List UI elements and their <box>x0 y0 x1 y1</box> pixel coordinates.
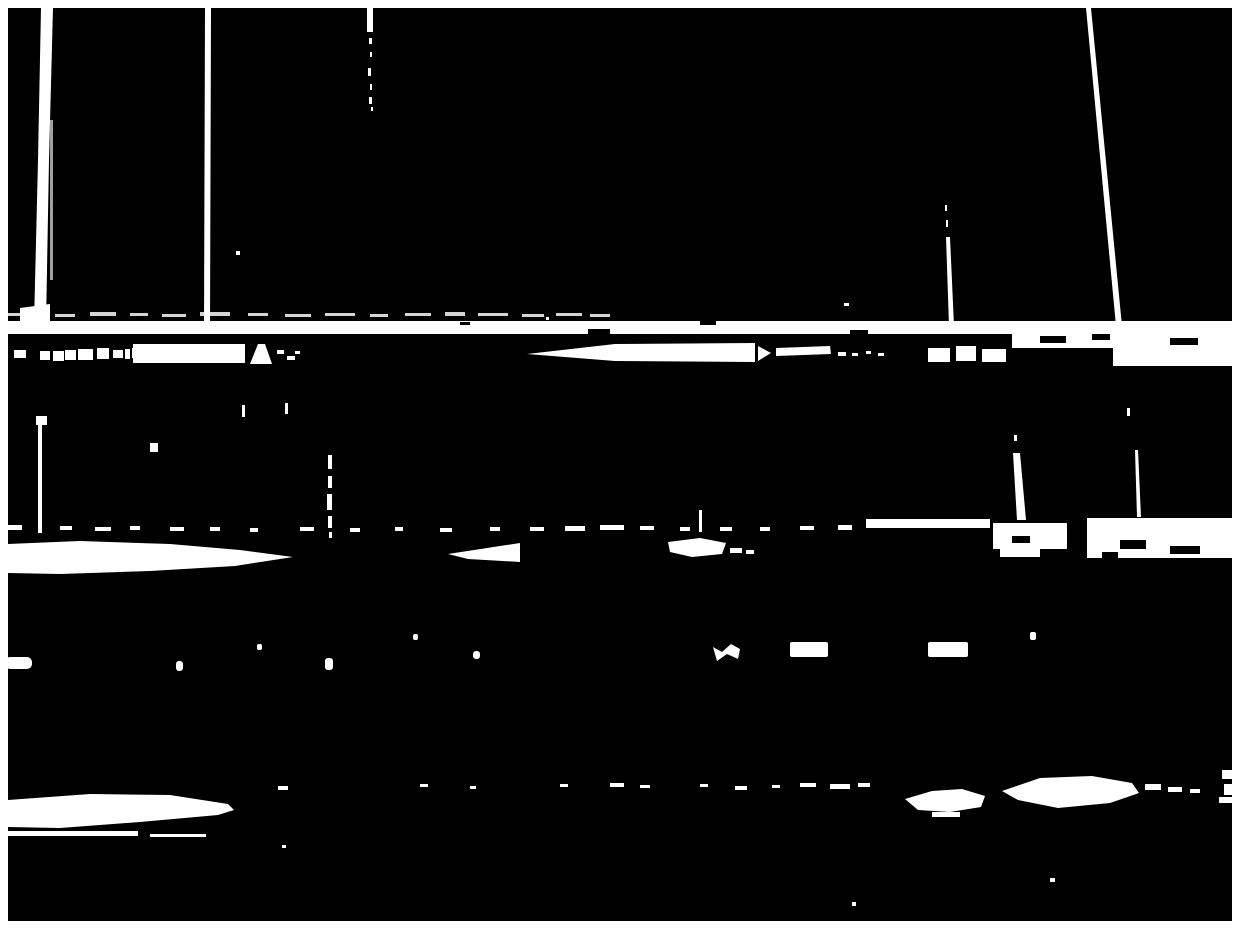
hull-speck <box>295 351 300 354</box>
hull-marking-glyph <box>78 349 93 360</box>
waterline-dash <box>8 525 22 530</box>
waterline-dash <box>395 527 403 531</box>
ripple-dash <box>278 786 288 790</box>
mast-pole-3-dot <box>369 97 372 104</box>
hull-marking-blob <box>40 351 50 360</box>
horizon-speckle-dash <box>248 313 268 316</box>
water-mark-dot <box>1030 632 1036 640</box>
waterline-hole <box>1170 546 1200 554</box>
bottom-speck <box>282 845 286 848</box>
kayak-underline <box>8 831 138 836</box>
waterline-dash <box>800 526 814 530</box>
hull-blob-cluster <box>928 348 950 362</box>
mast-pole-4-dot <box>946 220 948 227</box>
edge-speck <box>1224 784 1232 795</box>
reflection-tick <box>285 403 288 414</box>
horizon-speckle-dash <box>90 312 116 316</box>
hull-marking-glyph <box>53 351 64 361</box>
ripple-dash <box>735 786 747 790</box>
hull-marking-glyph <box>125 349 130 359</box>
mast-pole-2 <box>204 8 211 330</box>
waterline-dash <box>640 526 654 530</box>
reflection-dash <box>329 532 332 538</box>
waterline-dash <box>300 527 314 531</box>
waterline-dash <box>250 528 258 532</box>
ripple-dash <box>800 783 816 787</box>
reflection-speck <box>1127 408 1130 416</box>
edge-speck <box>1222 770 1232 779</box>
waterline-dash <box>600 525 624 530</box>
kayak-underline <box>150 834 206 837</box>
water-mark-dot <box>257 644 262 650</box>
waterline-dash <box>680 527 690 531</box>
waterline-dash <box>838 525 852 530</box>
hull-speck <box>287 356 295 360</box>
reflection-tail-speck <box>1168 787 1182 792</box>
reflection-tail-speck <box>1190 789 1200 793</box>
mast-pole-4-dot <box>945 205 947 211</box>
horizon-speckle-dash <box>478 313 508 316</box>
waterline-hole <box>1012 536 1030 543</box>
horizon-speckle-dash <box>285 314 311 317</box>
waterline-dash <box>440 528 452 532</box>
water-mark-dot <box>413 634 418 640</box>
reflection-dash <box>699 510 702 532</box>
water-mark-dot <box>176 661 183 671</box>
sky-speck <box>546 317 549 320</box>
water-mark-dot <box>473 651 480 659</box>
hull-speck <box>866 351 871 354</box>
waterline-hole <box>1120 540 1146 549</box>
water-mark-bar <box>790 642 828 657</box>
piling-speck <box>1014 435 1017 441</box>
hull-speck <box>878 353 884 356</box>
mast-pole-3-dot <box>371 107 373 111</box>
water-mark-bar <box>928 642 968 657</box>
dock-edge-notch <box>460 322 470 325</box>
hull-marking-glyph <box>97 348 109 359</box>
ripple-dash <box>830 784 850 789</box>
dock-edge-notch <box>588 329 610 335</box>
hull-blob-cluster <box>982 349 1006 362</box>
mast-pole-3-dot <box>370 52 372 57</box>
water-mark-dot <box>325 658 333 670</box>
horizon-speckle-dash <box>370 314 388 317</box>
mast-pole-3-dot <box>369 38 372 44</box>
waterline-dash <box>490 527 500 531</box>
horizon-speckle-dash <box>325 313 355 316</box>
hull-marking-glyph <box>113 350 123 358</box>
waterline-dash <box>530 527 544 531</box>
mast-pole-left-gray-edge <box>50 120 53 280</box>
horizon-speckle-dash <box>130 313 148 316</box>
waterline-streak <box>866 519 990 528</box>
waterline-dash <box>720 527 732 531</box>
dock-edge-notch <box>850 330 868 335</box>
mast-pole-3-dot <box>370 84 372 90</box>
binarized-harbor-photo <box>0 0 1240 933</box>
edge-speck <box>1219 797 1232 803</box>
mast-pole-3-stub <box>367 8 373 32</box>
horizon-speckle-dash <box>522 314 544 317</box>
waterline-dash <box>350 528 360 532</box>
waterline-dash <box>565 526 585 531</box>
bright-quay-patch <box>1113 346 1232 366</box>
boat-blob-dash <box>746 550 754 554</box>
water-mark-dash <box>5 657 32 669</box>
waterline-blob <box>1000 549 1040 557</box>
waterline-dash <box>210 527 220 531</box>
waterline-dash <box>60 526 72 530</box>
bottom-speck <box>1050 878 1055 882</box>
hull-speck <box>852 353 858 356</box>
waterline-dash <box>95 527 111 531</box>
waterline-dash <box>130 526 140 530</box>
quay-notch <box>1092 334 1110 340</box>
sky-speck <box>844 303 849 306</box>
hull-marking-glyph <box>65 350 76 360</box>
waterline-hole <box>1102 552 1118 558</box>
bright-quay-patch <box>1012 322 1232 348</box>
hull-white-band <box>133 344 245 363</box>
ripple-dash <box>610 783 624 787</box>
reflection-dash <box>328 516 332 528</box>
horizon-speckle-dash <box>405 313 431 316</box>
waterline-dash <box>170 527 184 531</box>
quay-notch <box>1040 336 1066 343</box>
horizon-speckle-dash <box>445 312 465 316</box>
reflection-dash <box>327 494 332 510</box>
reflection-tick <box>242 405 245 417</box>
ripple-dash <box>420 784 428 787</box>
reflection-blob <box>36 416 47 425</box>
reflection-dash <box>328 455 332 469</box>
reflection-line-left <box>38 420 42 533</box>
quay-notch <box>980 334 1010 342</box>
sky-speck <box>236 251 240 255</box>
horizon-speckle-dash <box>590 314 610 317</box>
quay-notch <box>1170 338 1198 345</box>
hull-speck <box>838 352 846 356</box>
horizon-speckle-dash <box>162 314 186 317</box>
ripple-dash <box>640 785 650 788</box>
ripple-dash <box>560 784 568 787</box>
ripple-dash <box>858 783 870 787</box>
ripple-dash <box>700 784 708 787</box>
reflection-tail-speck <box>1145 784 1161 790</box>
horizon-speckle-dash <box>556 313 582 316</box>
dock-edge-notch <box>700 321 716 325</box>
reflection-dash <box>328 476 332 488</box>
waterline-dash <box>760 527 770 531</box>
hull-blob-cluster <box>956 346 976 361</box>
reflection-blob-a-bit <box>932 812 960 817</box>
mast-pole-3-dot <box>368 68 371 76</box>
bottom-speck <box>852 902 856 906</box>
hull-speck <box>277 350 284 354</box>
boat-blob-dash <box>730 548 742 553</box>
hull-marking-blob <box>14 350 26 358</box>
horizon-speckle-dash <box>55 314 75 317</box>
binarized-photo-page <box>0 0 1240 933</box>
reflection-speck <box>150 443 158 452</box>
ripple-dash <box>470 786 476 789</box>
ripple-dash <box>772 785 780 788</box>
